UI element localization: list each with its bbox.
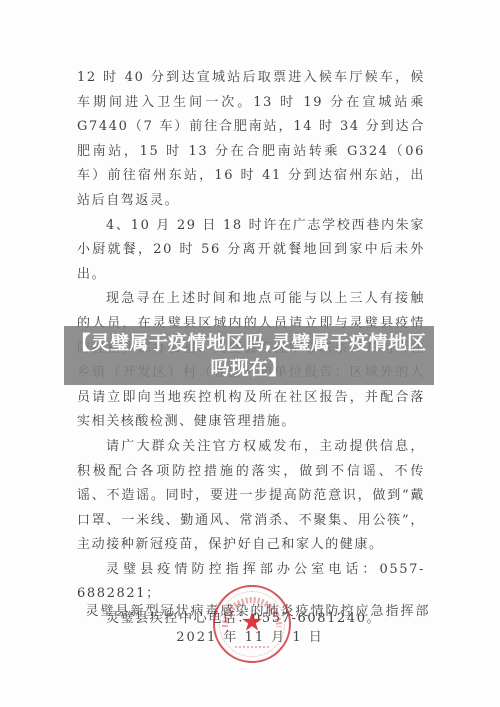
overlay-title: 【灵璧属于疫情地区吗,灵璧属于疫情地区吗现在】 [70, 331, 428, 381]
paragraph-public-appeal: 请广大群众关注官方权威发布，主动提供信息，积极配合各项防控措施的落实，做到不信谣… [77, 435, 425, 558]
title-overlay-banner: 【灵璧属于疫情地区吗,灵璧属于疫情地区吗现在】 [64, 326, 434, 385]
star-icon: ★ [240, 610, 263, 636]
document-page: 12 时 40 分到达宣城站后取票进入候车厅候车，候车期间进入卫生间一次。13 … [0, 0, 500, 707]
official-seal: ★ [213, 585, 291, 663]
paragraph-item-4: 4、10 月 29 日 18 时许在广志学校西巷内朱家小厨就餐，20 时 56 … [77, 214, 425, 288]
paragraph-itinerary: 12 时 40 分到达宣城站后取票进入候车厅候车，候车期间进入卫生间一次。13 … [77, 66, 425, 214]
